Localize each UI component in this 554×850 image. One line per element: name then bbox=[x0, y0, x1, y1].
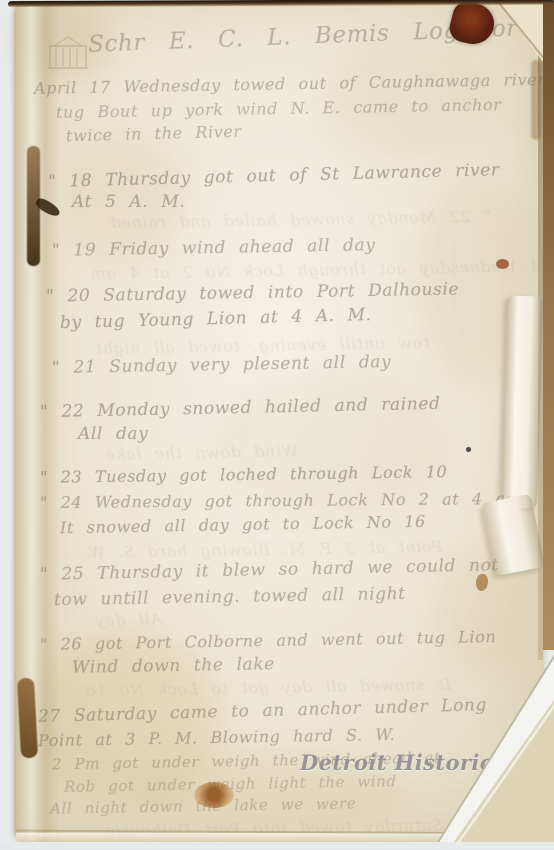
ink-dot bbox=[466, 447, 471, 452]
log-entry-line: At 5 A. M. bbox=[72, 192, 185, 212]
log-entry-line: Wind down the lake bbox=[72, 654, 275, 678]
rust-spot bbox=[194, 782, 234, 808]
background-bottom bbox=[0, 842, 554, 850]
paper-crease-strip bbox=[501, 296, 543, 509]
scanned-journal-photo: " 22 Monday snowed hailed and rained " 2… bbox=[0, 0, 554, 850]
rust-spot bbox=[496, 259, 509, 269]
embossed-building-stamp-icon bbox=[44, 34, 92, 74]
log-entry-line: All day bbox=[78, 424, 148, 444]
ghost-bleedthrough-line: All day bbox=[95, 609, 162, 629]
watermark-text: Detroit Historical Society bbox=[300, 750, 554, 775]
ghost-bleedthrough-line: Wind down the lake bbox=[105, 441, 298, 463]
book-right-edge bbox=[543, 2, 554, 650]
